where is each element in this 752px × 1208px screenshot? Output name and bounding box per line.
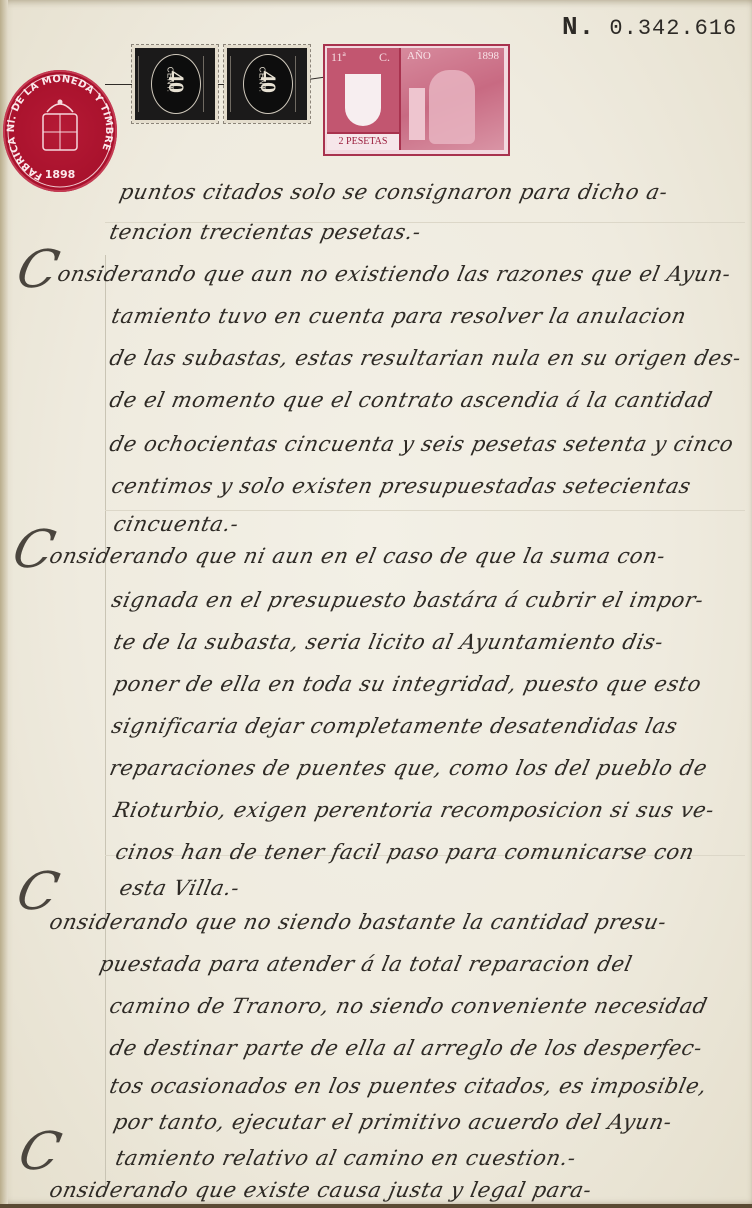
text-line: signada en el presupuesto bastára á cubr… [109,588,706,612]
stamp-border [295,56,304,112]
ruled-line [105,510,745,511]
stamp-unit: CENT. [166,60,175,100]
stamp-border [138,56,147,112]
stamp-class-left: 11ª [331,50,346,65]
text-line: de el momento que el contrato ascendia á… [107,388,714,412]
text-line: por tanto, ejecutar el primitivo acuerdo… [111,1110,674,1134]
stamp-border [203,56,212,112]
margin-line [105,255,106,1195]
stamp-unit: CENT. [258,60,267,100]
stamp-oval: 40 CENT. [243,54,293,114]
stamp-year-label: AÑO [407,50,431,62]
serial-prefix: N. [562,12,595,42]
stamp-class-right: C. [379,50,390,65]
page-bottom-edge [0,1204,752,1208]
document-page: N. 0.342.616 FABRICA Nl. DE LA MONEDA Y … [0,0,752,1208]
text-line: puestada para atender á la total reparac… [97,952,634,976]
stamp-oval: 40 CENT. [151,54,201,114]
text-line: cincuenta.- [111,512,241,536]
stamp-year: 1898 [477,50,499,62]
stamp-denomination: 2 PESETAS [327,132,399,150]
revenue-stamp-40-cent: 40 CENT. [224,45,310,123]
column-icon [409,88,425,140]
text-line: onsiderando que existe causa justa y leg… [47,1178,594,1202]
text-line: onsiderando que aun no existiendo las ra… [55,262,733,286]
serial-number: N. 0.342.616 [562,12,737,42]
text-line: tamiento relativo al camino en cuestion.… [113,1146,578,1170]
shield-icon [345,74,381,126]
text-line: de destinar parte de ella al arreglo de … [107,1036,704,1060]
text-line: onsiderando que no siendo bastante la ca… [47,910,668,934]
text-line: camino de Tranoro, no siendo conveniente… [107,994,709,1018]
text-line: te de la subasta, seria licito al Ayunta… [111,630,665,654]
allegory-panel: AÑO 1898 [401,48,504,150]
seated-figure-icon [429,70,475,144]
embossed-seal-icon: FABRICA Nl. DE LA MONEDA Y TIMBRE 1898 [3,70,117,192]
text-line: poner de ella en toda su integridad, pue… [111,672,703,696]
serial-value: 0.342.616 [609,16,737,41]
text-line: esta Villa.- [117,876,241,900]
text-line: reparaciones de puentes que, como los de… [107,756,709,780]
text-line: de las subastas, estas resultarian nula … [107,346,743,370]
text-line: Rioturbio, exigen perentoria recomposici… [111,798,716,822]
text-line: centimos y solo existen presupuestadas s… [109,474,693,498]
text-line: puntos citados solo se consignaron para … [117,180,670,204]
text-line: de ochocientas cincuenta y seis pesetas … [107,432,736,456]
stamp-border [230,56,239,112]
seal-year: 1898 [3,168,117,181]
text-line: tos ocasionados en los puentes citados, … [107,1074,709,1098]
text-line: tencion trecientas pesetas.- [107,220,423,244]
cancel-line [105,84,133,85]
paragraph-initial: C [12,240,65,300]
text-line: significaria dejar completamente desaten… [109,714,679,738]
text-line: tamiento tuvo en cuenta para resolver la… [109,304,688,328]
text-line: onsiderando que ni aun en el caso de que… [47,544,667,568]
text-line: cinos han de tener facil paso para comun… [113,840,696,864]
coat-of-arms-panel: 11ª C. 2 PESETAS [327,48,401,150]
stamped-paper-mark: 11ª C. 2 PESETAS AÑO 1898 [323,44,510,156]
revenue-stamp-40-cent: 40 CENT. [132,45,218,123]
paragraph-initial: C [14,1122,67,1182]
stamp-year-row: AÑO 1898 [407,50,499,62]
